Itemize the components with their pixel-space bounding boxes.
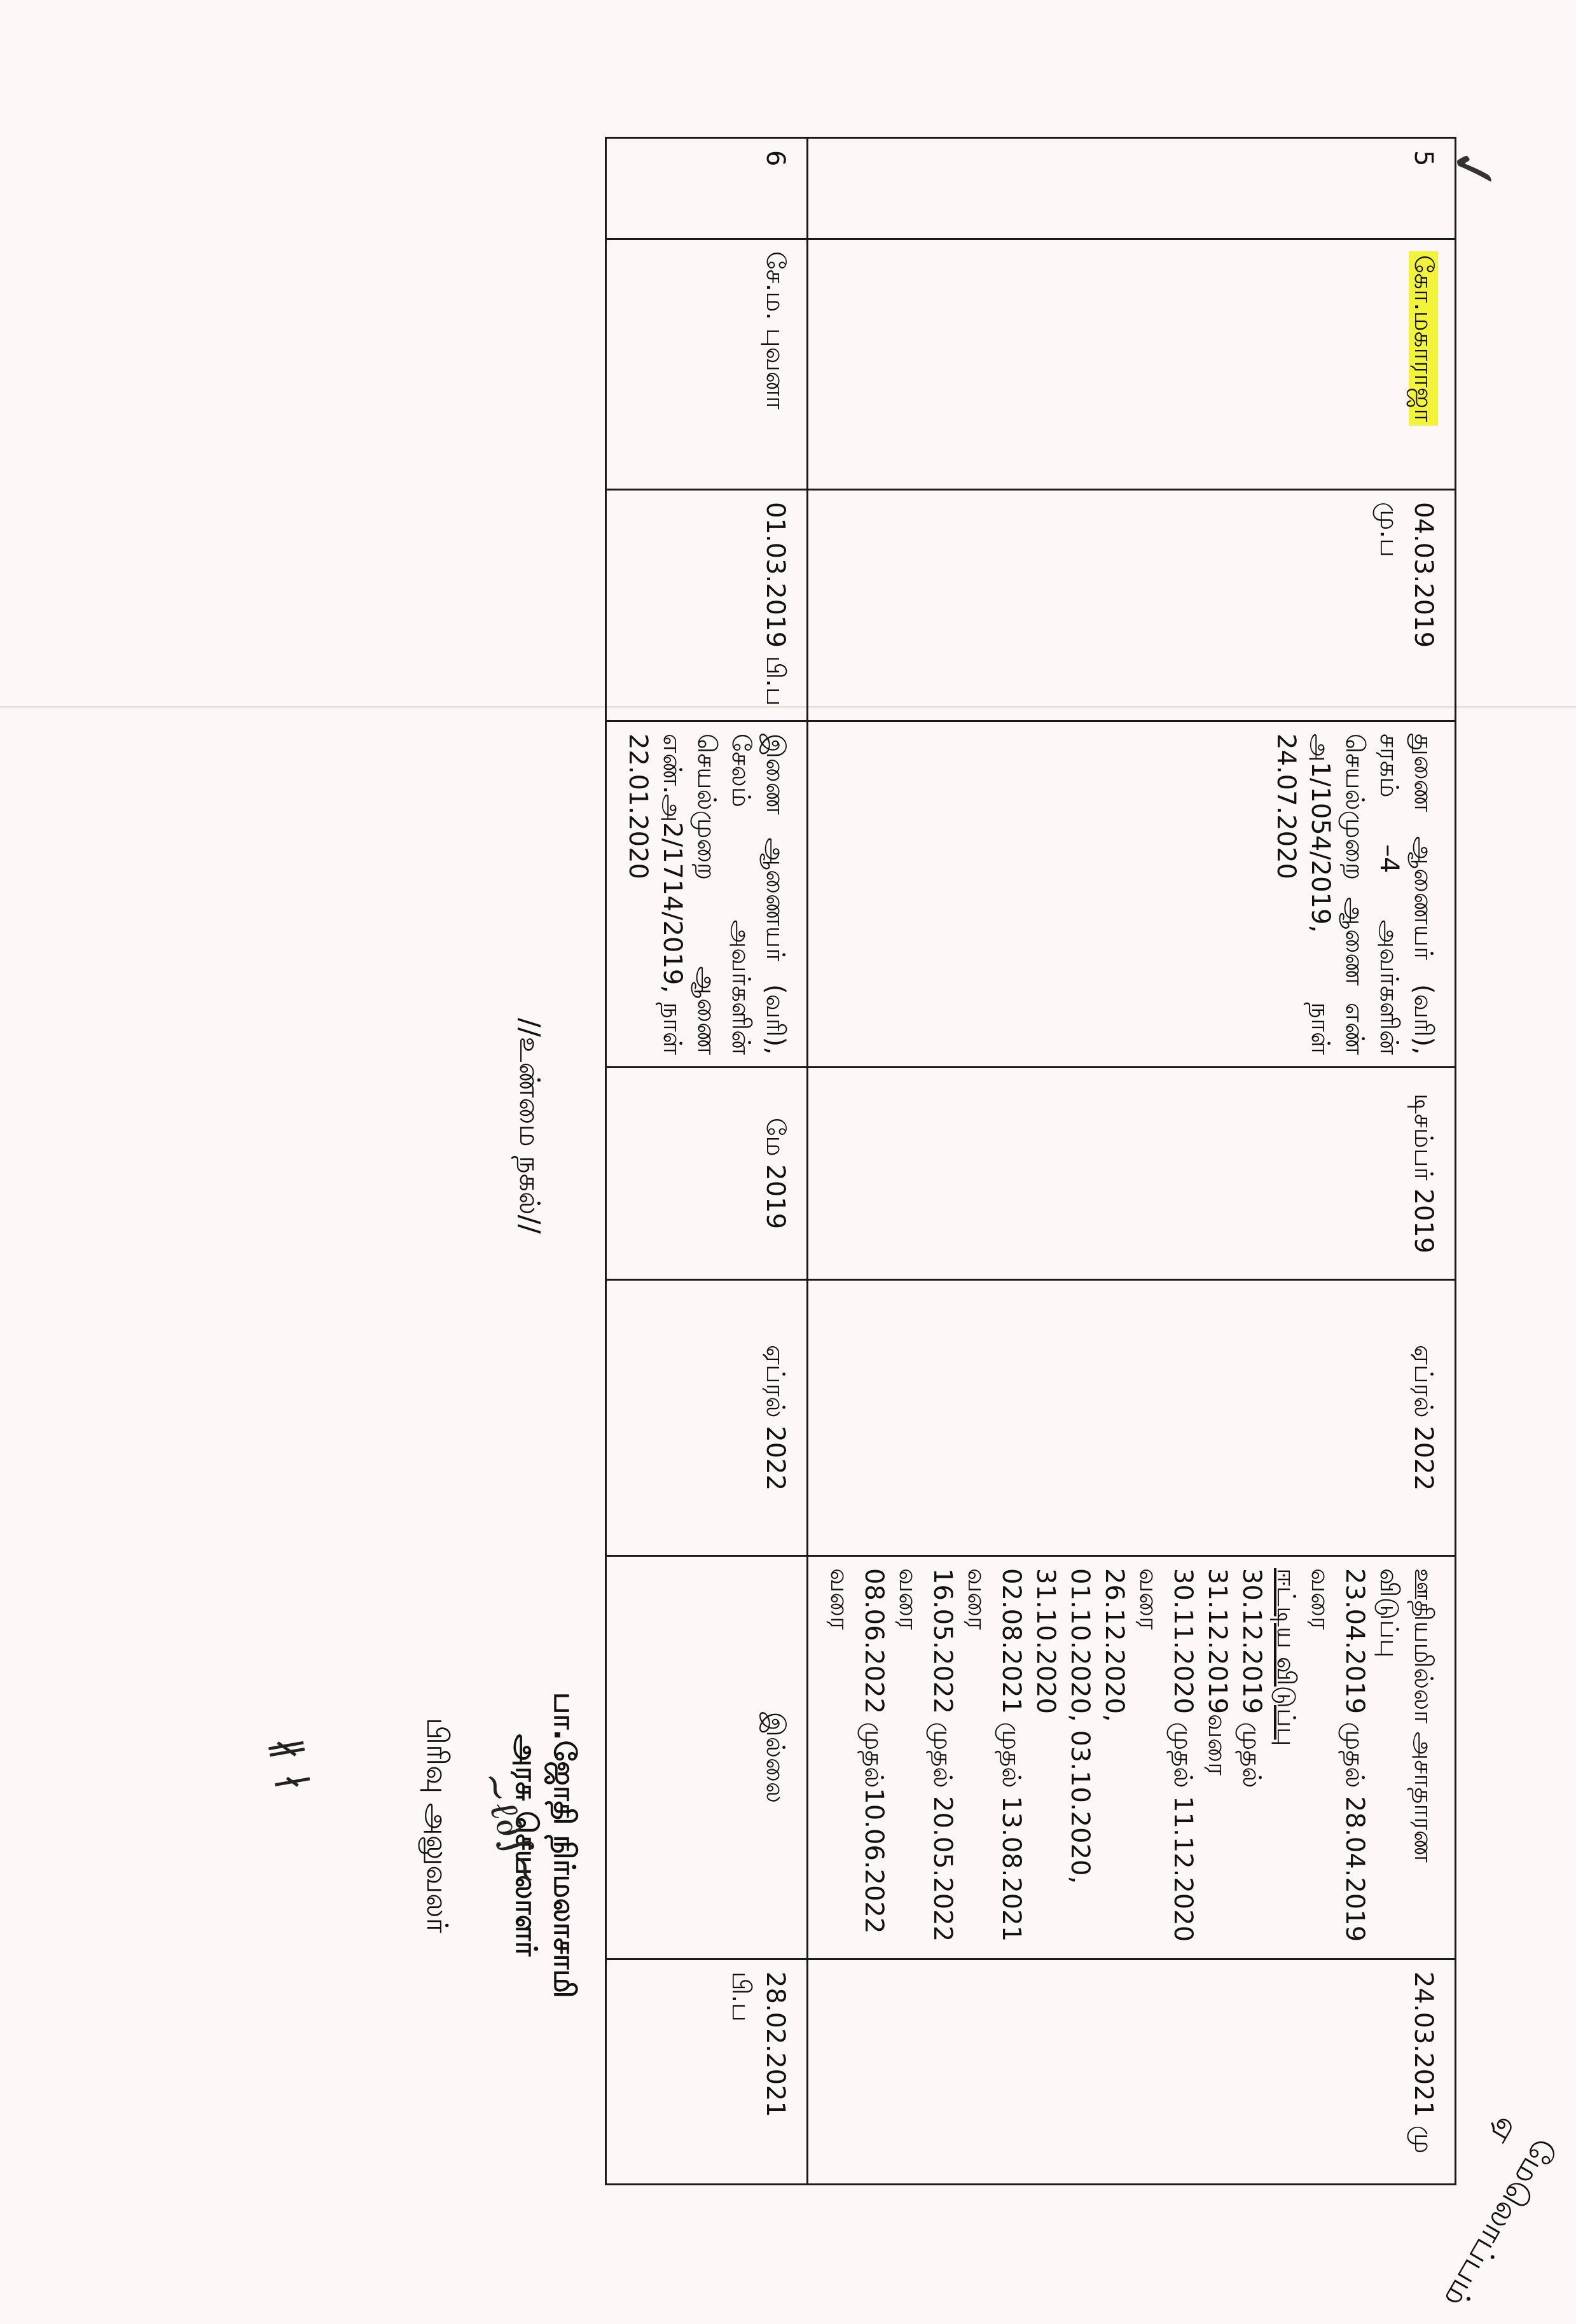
cell-serial-number: 6 (606, 138, 808, 239)
cell-completion-date: 24.03.2021 மு (808, 1959, 1456, 2185)
cell-serial-number: 5 (808, 138, 1456, 239)
cell-completion-date: 28.02.2021 பி.ப (606, 1959, 808, 2185)
scanned-page: ✓ 5 கோ.மகாராஜா 04.03.2019 மு.ப துணை ஆணைய… (0, 0, 1576, 2324)
service-details-table: 5 கோ.மகாராஜா 04.03.2019 மு.ப துணை ஆணையர்… (605, 137, 1456, 2185)
table-row: 6 சே.ம. புவனா 01.03.2019 பி.ப இணை ஆணையர்… (606, 138, 808, 2185)
cell-name: கோ.மகாராஜா (808, 239, 1456, 490)
highlighted-name: கோ.மகாராஜா (1409, 251, 1438, 426)
leave-line: 30.11.2020 முதல் 11.12.2020 வரை (1131, 1568, 1200, 1947)
leave-line: 02.08.2021 முதல் 13.08.2021 வரை (960, 1568, 1028, 1947)
table-row: 5 கோ.மகாராஜா 04.03.2019 மு.ப துணை ஆணையர்… (808, 138, 1456, 2185)
cell-joining-date: 04.03.2019 மு.ப (808, 490, 1456, 721)
cell-month-2: ஏப்ரல் 2022 (606, 1280, 808, 1556)
handwritten-initials: ∦ ∤ (261, 1734, 315, 1795)
true-copy-label: //உண்மை நகல்// (509, 1018, 546, 1234)
cell-order: இணை ஆணையர் (வரி), சேலம் அவர்களின் செயல்ம… (606, 721, 808, 1068)
section-officer-label: பிரிவு அலுவலர் (418, 1718, 457, 1933)
cell-order: துணை ஆணையர் (வரி), சரகம் –4 அவர்களின் செ… (808, 721, 1456, 1068)
cell-joining-date: 01.03.2019 பி.ப (606, 490, 808, 721)
cell-name: சே.ம. புவனா (606, 239, 808, 490)
leave-line: 26.12.2020, (1097, 1568, 1131, 1947)
leave-line: 01.10.2020, 03.10.2020, (1063, 1568, 1097, 1947)
leave-line: 23.04.2019 முதல் 28.04.2019 வரை (1303, 1568, 1372, 1947)
cell-leave-details: இல்லை (606, 1556, 808, 1959)
leave-line: 31.10.2020 (1028, 1568, 1063, 1947)
cell-leave-details: ஊதியமில்லா அசாதாரண விடுப்பு 23.04.2019 ம… (808, 1556, 1456, 1959)
signatory-name: பா.ஜோதி நிர்மலாசாமி (546, 1692, 584, 1998)
cell-month-1: மே 2019 (606, 1068, 808, 1280)
leave-line: 08.06.2022 முதல்10.06.2022 வரை (822, 1568, 891, 1947)
leave-line: ஊதியமில்லா அசாதாரண விடுப்பு (1372, 1568, 1441, 1947)
cell-month-2: ஏப்ரல் 2022 (808, 1280, 1456, 1556)
leave-line: 30.12.2019 முதல் 31.12.2019வரை (1200, 1568, 1269, 1947)
cell-month-1: டிசம்பர் 2019 (808, 1068, 1456, 1280)
leave-line: ஈட்டிய விடுப்பு (1269, 1568, 1303, 1947)
leave-line: 16.05.2022 முதல் 20.05.2022 வரை (891, 1568, 960, 1947)
